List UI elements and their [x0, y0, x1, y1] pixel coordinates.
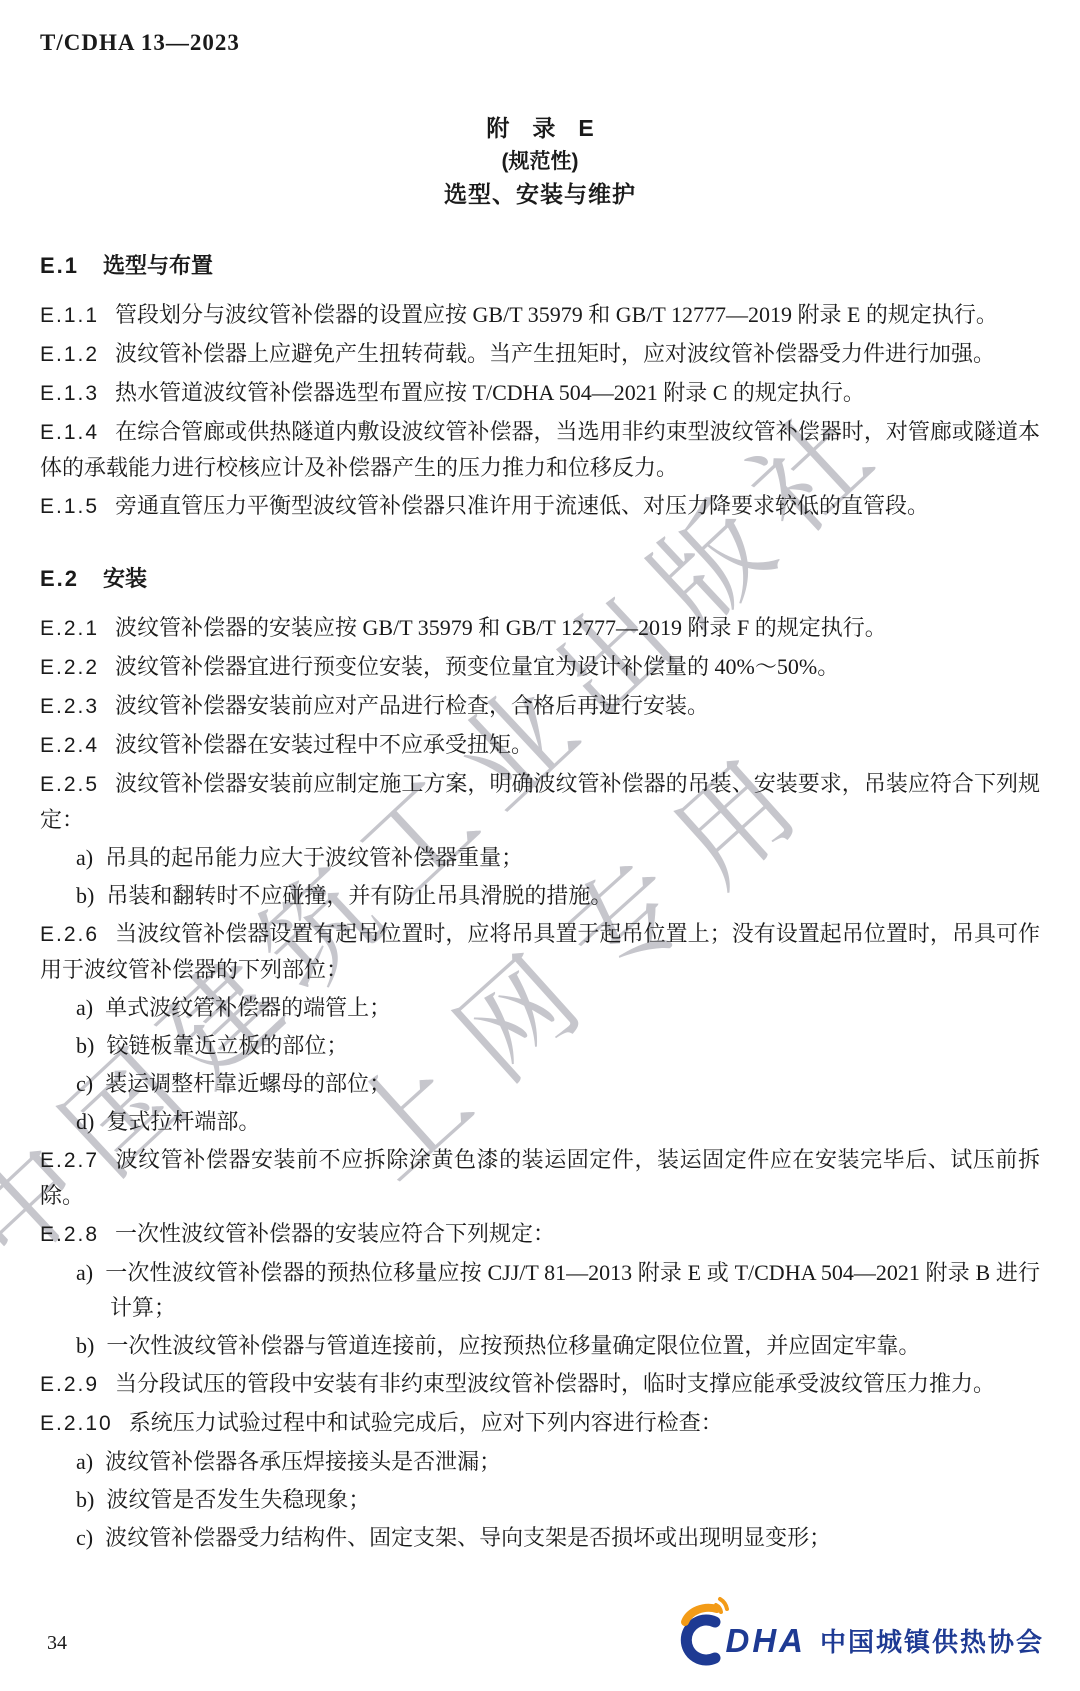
list-text: 单式波纹管补偿器的端管上；: [105, 995, 391, 1020]
clause-number: E.1.5: [40, 495, 99, 518]
list-text: 铰链板靠近立板的部位；: [106, 1033, 348, 1058]
list-text: 波纹管补偿器受力结构件、固定支架、导向支架是否损坏或出现明显变形；: [105, 1525, 831, 1550]
clause-text: 当波纹管补偿器设置有起吊位置时，应将吊具置于起吊位置上；没有设置起吊位置时，吊具…: [40, 921, 1040, 982]
clause-e2-1: E.2.1波纹管补偿器的安装应按 GB/T 35979 和 GB/T 12777…: [40, 610, 1040, 646]
list-item: a)一次性波纹管补偿器的预热位移量应按 CJJ/T 81—2013 附录 E 或…: [40, 1255, 1040, 1325]
clause-number: E.2.7: [40, 1149, 99, 1172]
section-title: 安装: [103, 566, 147, 591]
logo-acronym: DHA: [725, 1622, 806, 1660]
list-marker: b): [76, 1033, 106, 1058]
clause-number: E.1.2: [40, 343, 99, 366]
clause-text: 一次性波纹管补偿器的安装应符合下列规定：: [115, 1221, 555, 1246]
list-item: b)铰链板靠近立板的部位；: [40, 1028, 1040, 1063]
section-number: E.2: [40, 566, 79, 591]
clause-e1-2: E.1.2波纹管补偿器上应避免产生扭转荷载。当产生扭矩时，应对波纹管补偿器受力件…: [40, 336, 1040, 372]
clause-number: E.2.1: [40, 617, 99, 640]
clause-text: 系统压力试验过程中和试验完成后，应对下列内容进行检查：: [129, 1410, 723, 1435]
clause-number: E.2.6: [40, 923, 99, 946]
list-text: 复式拉杆端部。: [106, 1109, 260, 1134]
title-subject: 选型、安装与维护: [40, 178, 1040, 211]
clause-text: 波纹管补偿器上应避免产生扭转荷载。当产生扭矩时，应对波纹管补偿器受力件进行加强。: [115, 341, 995, 366]
clause-number: E.2.8: [40, 1223, 99, 1246]
clause-text: 在综合管廊或供热隧道内敷设波纹管补偿器，当选用非约束型波纹管补偿器时，对管廊或隧…: [40, 419, 1040, 480]
clause-e2-4: E.2.4波纹管补偿器在安装过程中不应承受扭矩。: [40, 727, 1040, 763]
clause-e2-6: E.2.6当波纹管补偿器设置有起吊位置时，应将吊具置于起吊位置上；没有设置起吊位…: [40, 916, 1040, 987]
list-text: 吊装和翻转时不应碰撞，并有防止吊具滑脱的措施。: [106, 883, 612, 908]
list-text: 一次性波纹管补偿器的预热位移量应按 CJJ/T 81—2013 附录 E 或 T…: [105, 1260, 1040, 1320]
list-marker: a): [76, 995, 105, 1020]
list-item: a)单式波纹管补偿器的端管上；: [40, 990, 1040, 1025]
clause-e1-4: E.1.4在综合管廊或供热隧道内敷设波纹管补偿器，当选用非约束型波纹管补偿器时，…: [40, 414, 1040, 485]
clause-e2-5: E.2.5波纹管补偿器安装前应制定施工方案，明确波纹管补偿器的吊装、安装要求，吊…: [40, 766, 1040, 837]
appendix-title-block: 附 录 E (规范性) 选型、安装与维护: [40, 112, 1040, 211]
clause-e2-3: E.2.3波纹管补偿器安装前应对产品进行检查，合格后再进行安装。: [40, 688, 1040, 724]
clause-number: E.2.5: [40, 773, 99, 796]
list-item: b)波纹管是否发生失稳现象；: [40, 1482, 1040, 1517]
clause-text: 波纹管补偿器安装前应制定施工方案，明确波纹管补偿器的吊装、安装要求，吊装应符合下…: [40, 771, 1040, 832]
clause-text: 波纹管补偿器宜进行预变位安装，预变位量宜为设计补偿量的 40%～50%。: [115, 654, 839, 679]
clause-number: E.2.3: [40, 695, 99, 718]
list-marker: a): [76, 845, 105, 870]
cdha-logo: DHA 中国城镇供热协会: [671, 1596, 1044, 1671]
cdha-logo-icon: [671, 1596, 731, 1671]
section-number: E.1: [40, 253, 79, 278]
list-item: c)装运调整杆靠近螺母的部位；: [40, 1066, 1040, 1101]
list-marker: c): [76, 1525, 105, 1550]
clause-text: 波纹管补偿器安装前应对产品进行检查，合格后再进行安装。: [115, 693, 709, 718]
clause-number: E.2.4: [40, 734, 99, 757]
clause-e2-7: E.2.7波纹管补偿器安装前不应拆除涂黄色漆的装运固定件，装运固定件应在安装完毕…: [40, 1142, 1040, 1213]
clause-text: 波纹管补偿器的安装应按 GB/T 35979 和 GB/T 12777—2019…: [115, 615, 887, 640]
page-content: T/CDHA 13—2023 附 录 E (规范性) 选型、安装与维护 E.1选…: [0, 0, 1080, 1555]
clause-text: 波纹管补偿器安装前不应拆除涂黄色漆的装运固定件，装运固定件应在安装完毕后、试压前…: [40, 1147, 1040, 1208]
page-number: 34: [47, 1632, 67, 1655]
clause-e2-8: E.2.8一次性波纹管补偿器的安装应符合下列规定：: [40, 1216, 1040, 1252]
clause-text: 管段划分与波纹管补偿器的设置应按 GB/T 35979 和 GB/T 12777…: [115, 302, 998, 327]
list-text: 波纹管补偿器各承压焊接接头是否泄漏；: [105, 1449, 501, 1474]
clause-number: E.2.2: [40, 656, 99, 679]
list-item: b)吊装和翻转时不应碰撞，并有防止吊具滑脱的措施。: [40, 878, 1040, 913]
title-normative: (规范性): [40, 145, 1040, 178]
list-marker: b): [76, 1333, 106, 1358]
clause-number: E.1.1: [40, 304, 99, 327]
list-marker: a): [76, 1449, 105, 1474]
list-item: a)吊具的起吊能力应大于波纹管补偿器重量；: [40, 840, 1040, 875]
list-marker: d): [76, 1109, 106, 1134]
section-heading-e2: E.2安装: [40, 564, 1040, 594]
list-marker: a): [76, 1260, 105, 1285]
list-marker: b): [76, 883, 106, 908]
clause-number: E.2.9: [40, 1373, 99, 1396]
list-marker: b): [76, 1487, 106, 1512]
clause-number: E.1.3: [40, 382, 99, 405]
document-page: 中国建筑工业出版社 上网专用 T/CDHA 13—2023 附 录 E (规范性…: [0, 0, 1080, 1691]
list-text: 波纹管是否发生失稳现象；: [106, 1487, 370, 1512]
clause-text: 当分段试压的管段中安装有非约束型波纹管补偿器时，临时支撑应能承受波纹管压力推力。: [115, 1371, 995, 1396]
list-marker: c): [76, 1071, 105, 1096]
doc-code: T/CDHA 13—2023: [40, 0, 1040, 56]
clause-text: 波纹管补偿器在安装过程中不应承受扭矩。: [115, 732, 533, 757]
list-text: 装运调整杆靠近螺母的部位；: [105, 1071, 391, 1096]
clause-text: 热水管道波纹管补偿器选型布置应按 T/CDHA 504—2021 附录 C 的规…: [115, 380, 865, 405]
clause-number: E.2.10: [40, 1412, 113, 1435]
clause-e1-1: E.1.1管段划分与波纹管补偿器的设置应按 GB/T 35979 和 GB/T …: [40, 297, 1040, 333]
list-item: b)一次性波纹管补偿器与管道连接前，应按预热位移量确定限位位置，并应固定牢靠。: [40, 1328, 1040, 1363]
org-name: 中国城镇供热协会: [820, 1622, 1044, 1659]
section-heading-e1: E.1选型与布置: [40, 251, 1040, 281]
appendix-title: 附 录 E: [40, 112, 1040, 145]
section-title: 选型与布置: [103, 253, 213, 278]
clause-e2-10: E.2.10系统压力试验过程中和试验完成后，应对下列内容进行检查：: [40, 1405, 1040, 1441]
list-text: 吊具的起吊能力应大于波纹管补偿器重量；: [105, 845, 523, 870]
clause-e2-2: E.2.2波纹管补偿器宜进行预变位安装，预变位量宜为设计补偿量的 40%～50%…: [40, 649, 1040, 685]
list-item: d)复式拉杆端部。: [40, 1104, 1040, 1139]
clause-e1-3: E.1.3热水管道波纹管补偿器选型布置应按 T/CDHA 504—2021 附录…: [40, 375, 1040, 411]
clause-e1-5: E.1.5旁通直管压力平衡型波纹管补偿器只准许用于流速低、对压力降要求较低的直管…: [40, 488, 1040, 524]
list-item: a)波纹管补偿器各承压焊接接头是否泄漏；: [40, 1444, 1040, 1479]
clause-e2-9: E.2.9当分段试压的管段中安装有非约束型波纹管补偿器时，临时支撑应能承受波纹管…: [40, 1366, 1040, 1402]
clause-number: E.1.4: [40, 421, 99, 444]
list-item: c)波纹管补偿器受力结构件、固定支架、导向支架是否损坏或出现明显变形；: [40, 1520, 1040, 1555]
clause-text: 旁通直管压力平衡型波纹管补偿器只准许用于流速低、对压力降要求较低的直管段。: [115, 493, 929, 518]
list-text: 一次性波纹管补偿器与管道连接前，应按预热位移量确定限位位置，并应固定牢靠。: [106, 1333, 920, 1358]
